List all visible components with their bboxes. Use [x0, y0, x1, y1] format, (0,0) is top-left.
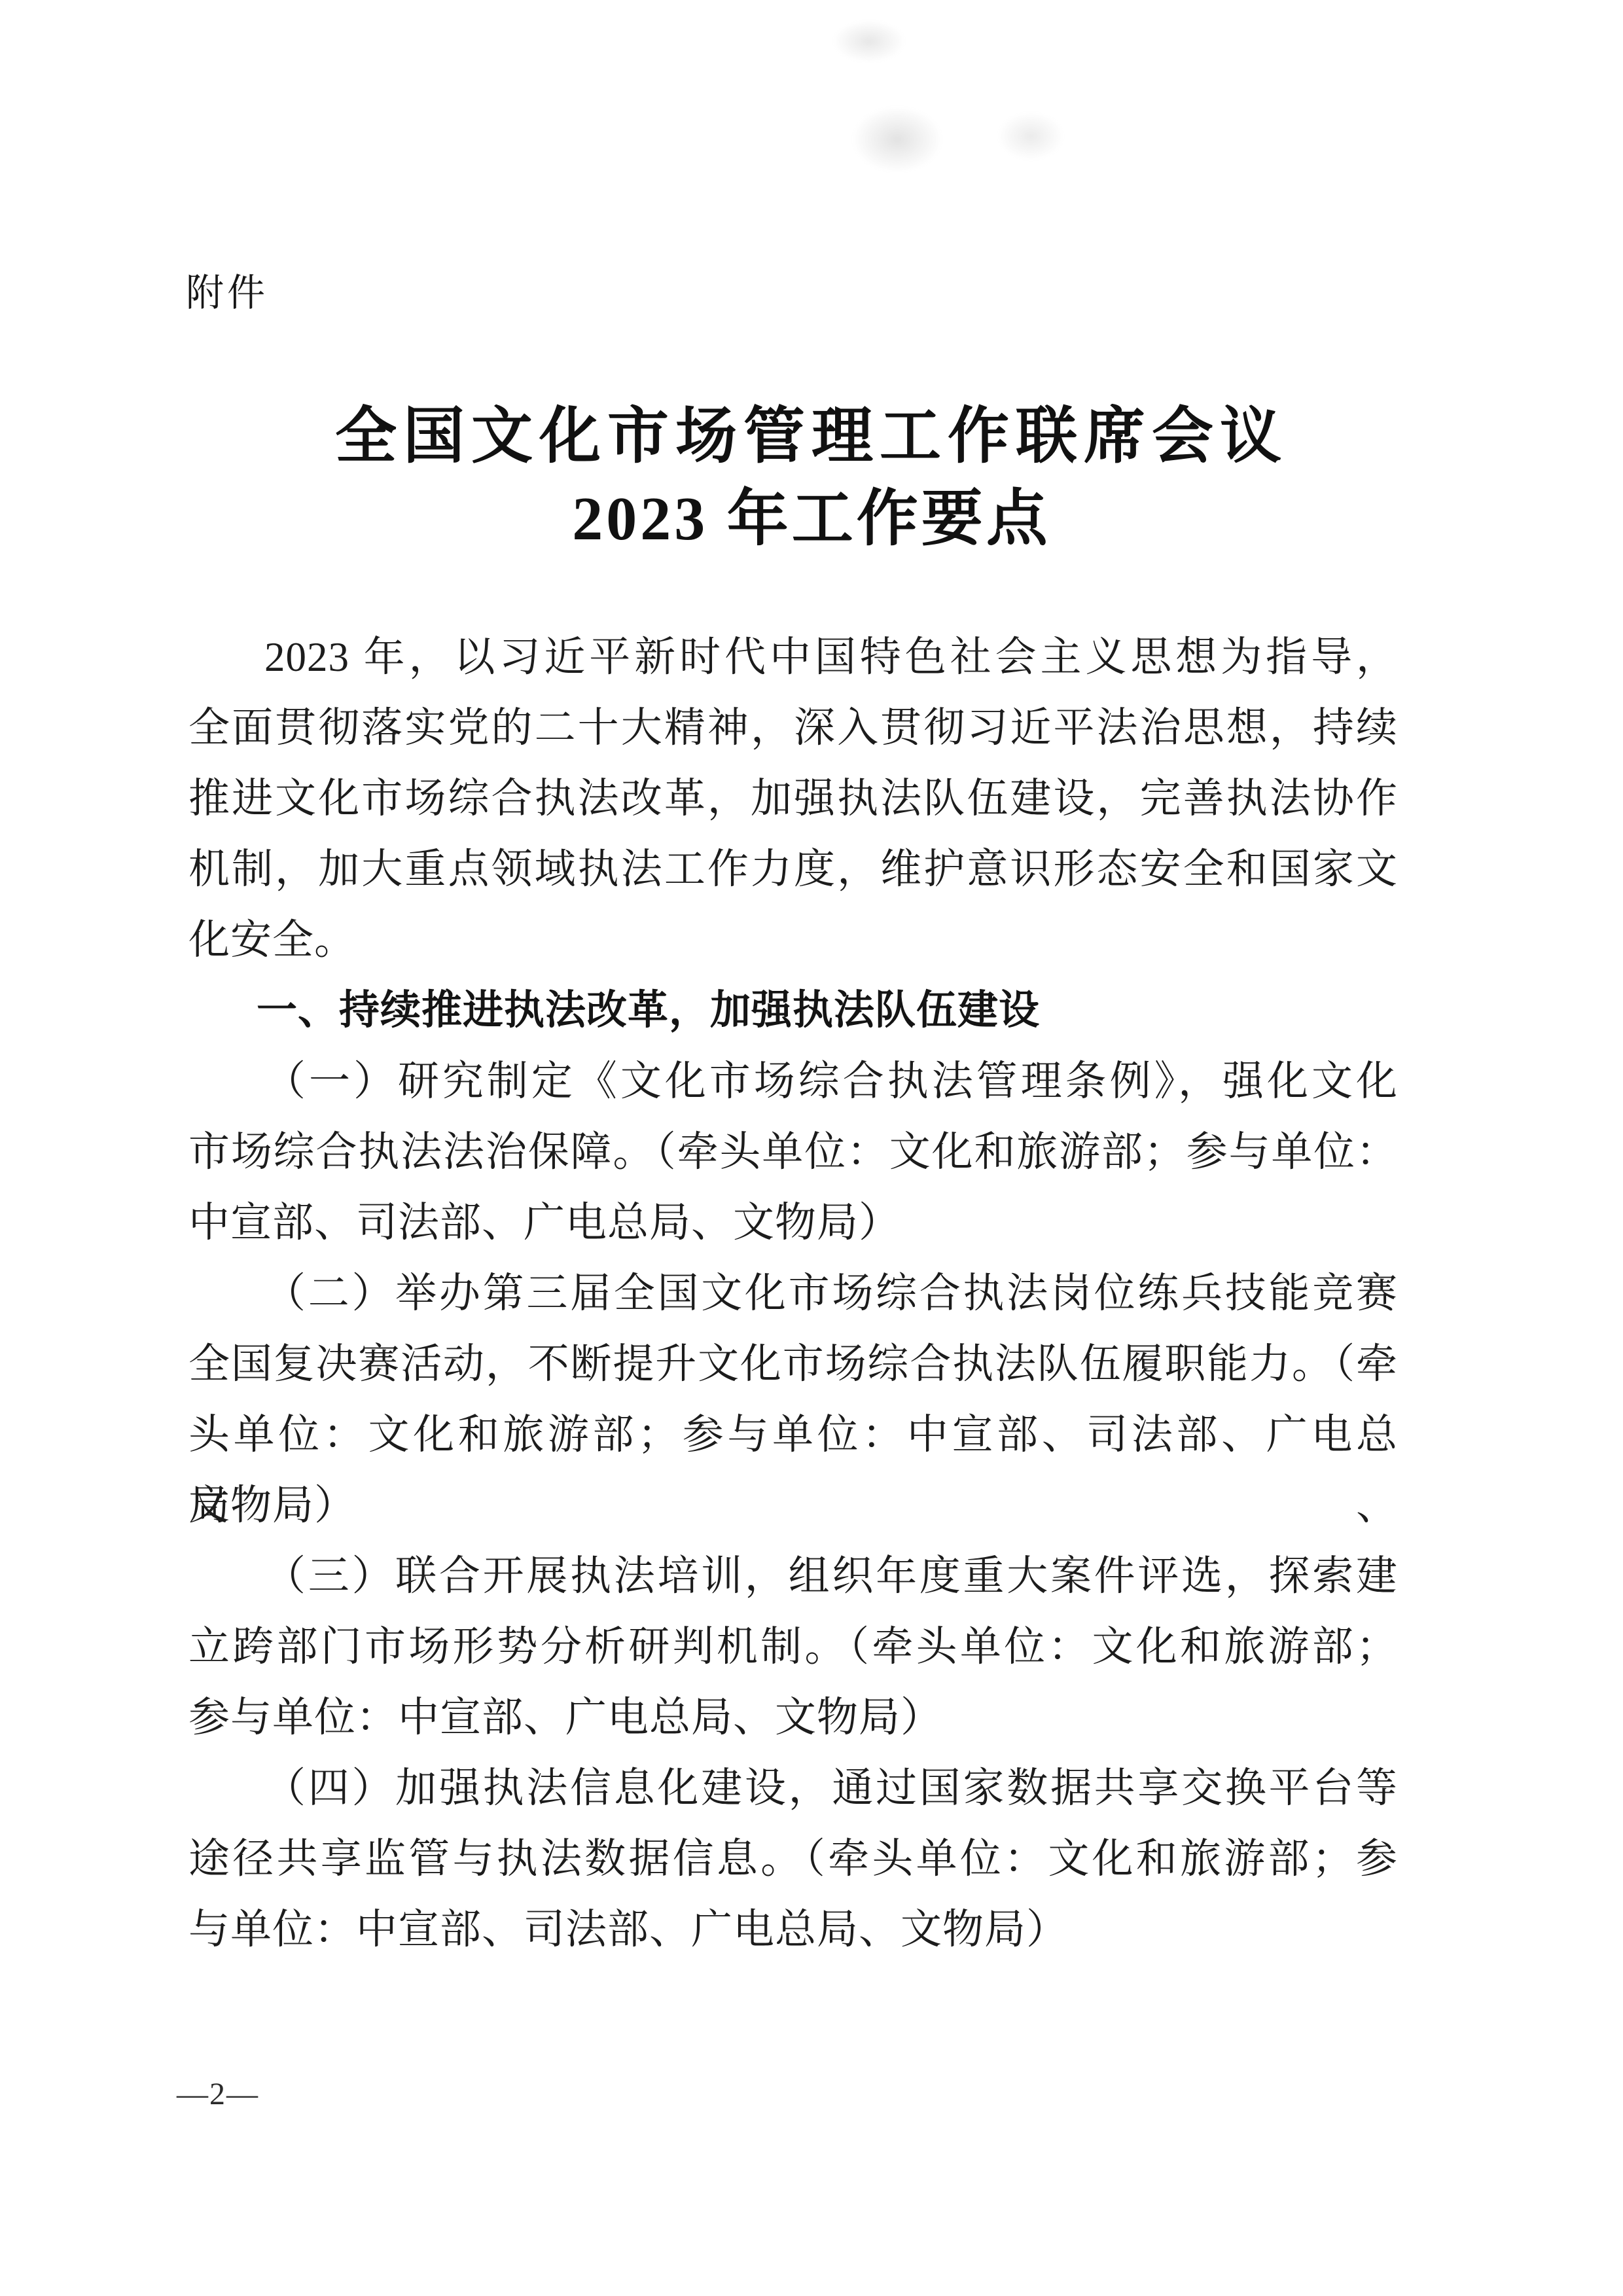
- document-title-line1: 全国文化市场管理工作联席会议: [0, 395, 1623, 478]
- scanned-document-page: 附件 全国文化市场管理工作联席会议 2023 年工作要点 2023 年，以习近平…: [0, 0, 1623, 2296]
- body-line: 2023 年，以习近平新时代中国特色社会主义思想为指导，: [188, 622, 1398, 692]
- body-line: 立跨部门市场形势分析研判机制。（牵头单位：文化和旅游部；: [188, 1611, 1398, 1682]
- body-line: 全面贯彻落实党的二十大精神，深入贯彻习近平法治思想，持续: [188, 692, 1398, 763]
- body-line: 全国复决赛活动，不断提升文化市场综合执法队伍履职能力。（牵: [188, 1329, 1398, 1399]
- body-line: 一、持续推进执法改革，加强执法队伍建设: [188, 975, 1398, 1046]
- document-title-line2: 2023 年工作要点: [0, 478, 1623, 560]
- body-line: （二）举办第三届全国文化市场综合执法岗位练兵技能竞赛: [188, 1258, 1398, 1329]
- page-number: —2—: [177, 2073, 259, 2115]
- document-body: 2023 年，以习近平新时代中国特色社会主义思想为指导，全面贯彻落实党的二十大精…: [188, 622, 1398, 1965]
- scan-noise-speckle: [848, 103, 946, 175]
- body-line: 参与单位：中宣部、广电总局、文物局）: [188, 1682, 1398, 1753]
- document-title: 全国文化市场管理工作联席会议 2023 年工作要点: [0, 395, 1623, 560]
- body-line: 途径共享监管与执法数据信息。（牵头单位：文化和旅游部；参: [188, 1823, 1398, 1894]
- body-line: 推进文化市场综合执法改革，加强执法队伍建设，完善执法协作: [188, 763, 1398, 834]
- body-line: 市场综合执法法治保障。（牵头单位：文化和旅游部；参与单位：: [188, 1117, 1398, 1187]
- body-line: （四）加强执法信息化建设，通过国家数据共享交换平台等: [188, 1753, 1398, 1823]
- body-line: （三）联合开展执法培训，组织年度重大案件评选，探索建: [188, 1541, 1398, 1611]
- body-line: 机制，加大重点领域执法工作力度，维护意识形态安全和国家文: [188, 834, 1398, 905]
- body-line: 化安全。: [188, 905, 1398, 975]
- scan-noise-speckle: [995, 110, 1067, 162]
- attachment-label: 附件: [186, 267, 268, 319]
- body-line: 中宣部、司法部、广电总局、文物局）: [188, 1187, 1398, 1258]
- body-line: （一）研究制定《文化市场综合执法管理条例》，强化文化: [188, 1046, 1398, 1117]
- body-line: 头单位：文化和旅游部；参与单位：中宣部、司法部、广电总局、: [188, 1399, 1398, 1470]
- scan-noise-speckle: [830, 18, 908, 64]
- body-line: 与单位：中宣部、司法部、广电总局、文物局）: [188, 1894, 1398, 1965]
